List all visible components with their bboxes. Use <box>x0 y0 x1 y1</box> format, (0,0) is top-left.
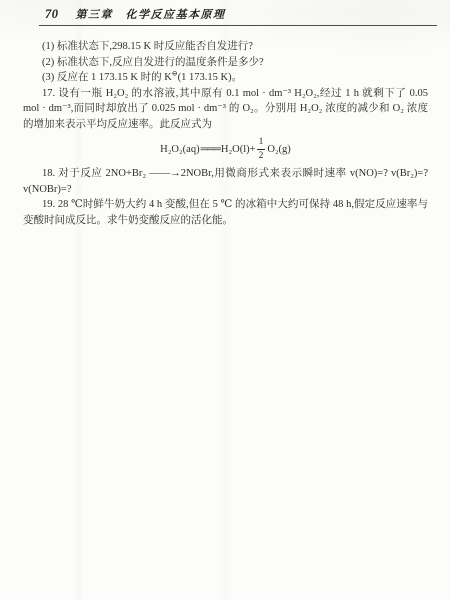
question-18: 18. 对于反应 2NO+Br₂ ——→2NOBr,用微商形式来表示瞬时速率 v… <box>23 166 428 197</box>
equation-product-left: H₂O(l)+ <box>221 144 256 156</box>
fraction-numerator: 1 <box>257 138 266 150</box>
fraction-one-half: 12 <box>257 138 266 161</box>
subquestion-1: (1) 标准状态下,298.15 K 时反应能否自发进行? <box>23 39 428 55</box>
reaction-equation: H₂O₂(aq)═══H₂O(l)+12O₂(g) <box>23 138 428 161</box>
subquestion-3-text: (3) 反应在 1 173.15 K 时的 K <box>42 72 172 83</box>
page-number: 70 <box>45 7 59 22</box>
subquestion-3-tail: (1 173.15 K)。 <box>178 72 242 83</box>
equation-double-bond: ═══ <box>201 144 220 156</box>
equation-reactant: H₂O₂(aq) <box>160 144 199 156</box>
page-body: (1) 标准状态下,298.15 K 时反应能否自发进行? (2) 标准状态下,… <box>23 39 428 228</box>
chapter-title: 第三章 化学反应基本原理 <box>76 6 226 22</box>
subquestion-3: (3) 反应在 1 173.15 K 时的 K⊖(1 173.15 K)。 <box>23 70 428 86</box>
scanned-textbook-page: 70 第三章 化学反应基本原理 (1) 标准状态下,298.15 K 时反应能否… <box>0 0 450 600</box>
page-header: 70 第三章 化学反应基本原理 <box>45 6 436 22</box>
equation-product-right: O₂(g) <box>267 144 291 156</box>
question-19: 19. 28 ℃时鲜牛奶大约 4 h 变酸,但在 5 ℃ 的冰箱中大约可保持 4… <box>23 197 428 228</box>
header-divider <box>39 25 437 26</box>
question-17: 17. 设有一瓶 H₂O₂ 的水溶液,其中原有 0.1 mol · dm⁻³ H… <box>23 86 428 133</box>
subquestion-2: (2) 标准状态下,反应自发进行的温度条件是多少? <box>23 55 428 71</box>
fraction-denominator: 2 <box>259 150 264 161</box>
